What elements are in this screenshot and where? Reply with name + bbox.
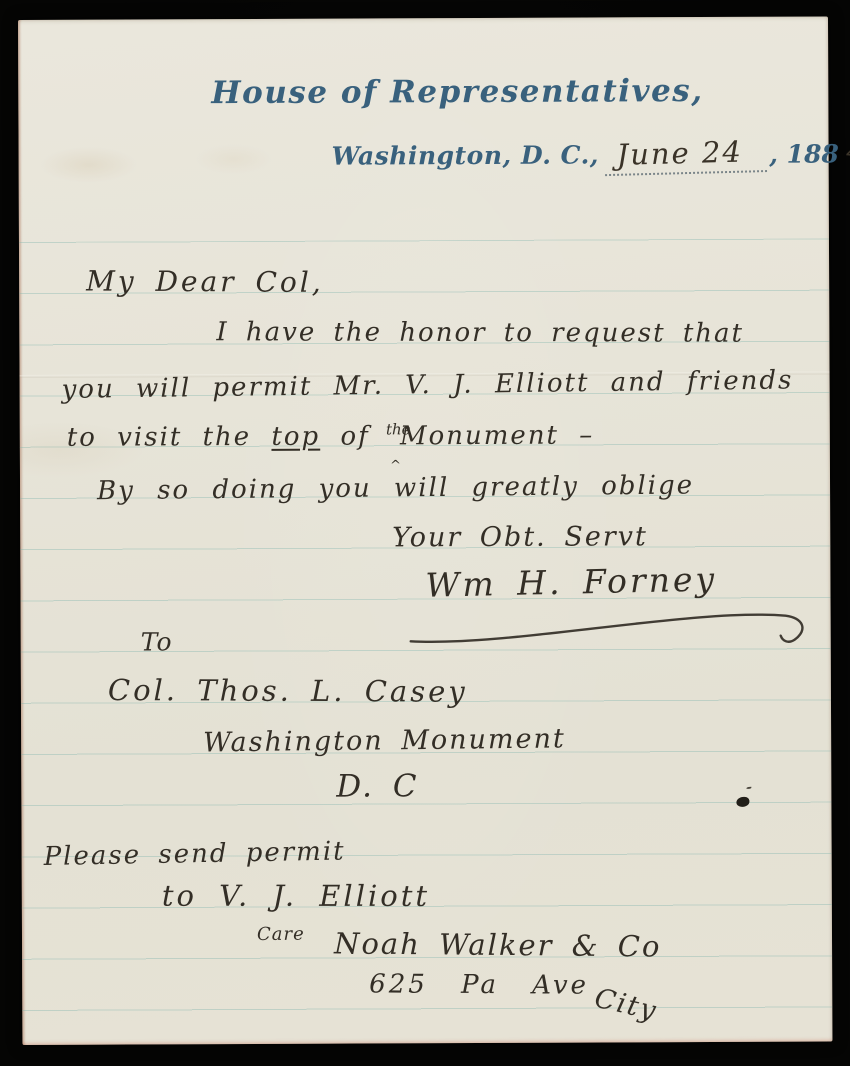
ink-blot (736, 797, 749, 807)
salutation: My Dear Col, (86, 264, 324, 298)
note-company: Noah Walker & Co (334, 926, 662, 963)
letterhead-organization: House of Representatives, (211, 73, 703, 111)
signature: Wm H. Forney (425, 559, 717, 604)
letterhead-dateline: Washington, D. C., June 24 , 188 4 (332, 134, 850, 175)
body-line-3-mid: of (320, 421, 390, 451)
letterhead-year-printed: , 188 (769, 139, 839, 168)
body-line-3: to visit the top of the^Monument – (67, 420, 595, 452)
inserted-word: the (386, 420, 411, 438)
note-city: City (592, 983, 661, 1027)
recipient-location: Washington Monument (203, 723, 566, 758)
note-street: 625 Pa Ave (369, 969, 589, 1000)
signature-flourish (401, 600, 821, 650)
body-line-1: I have the honor to request that (216, 317, 744, 348)
body-line-4: By so doing you will greatly oblige (97, 470, 694, 506)
body-line-2: you will permit Mr. V. J. Elliott and fr… (61, 365, 793, 405)
note-care-label: Care (257, 924, 305, 945)
note-line-2: to V. J. Elliott (162, 879, 430, 913)
to-label: To (141, 627, 173, 656)
valediction: Your Obt. Servt (392, 521, 648, 553)
photo-background: House of Representatives, Washington, D.… (0, 0, 850, 1066)
letterhead-place: Washington, D. C., (332, 140, 599, 170)
note-line-1: Please send permit (43, 836, 345, 872)
body-line-3-post: Monument – (400, 420, 594, 451)
body-line-3-underlined-word: top (271, 422, 320, 452)
recipient-city: D. C (336, 768, 418, 804)
body-line-3-pre: to visit the (67, 422, 272, 453)
handwritten-date: June 24 (605, 134, 768, 176)
letter-page: House of Representatives, Washington, D.… (18, 16, 832, 1045)
recipient-name: Col. Thos. L. Casey (108, 673, 468, 709)
caret-mark: ^ (390, 458, 403, 473)
handwritten-year-digit: 4 (845, 133, 850, 171)
